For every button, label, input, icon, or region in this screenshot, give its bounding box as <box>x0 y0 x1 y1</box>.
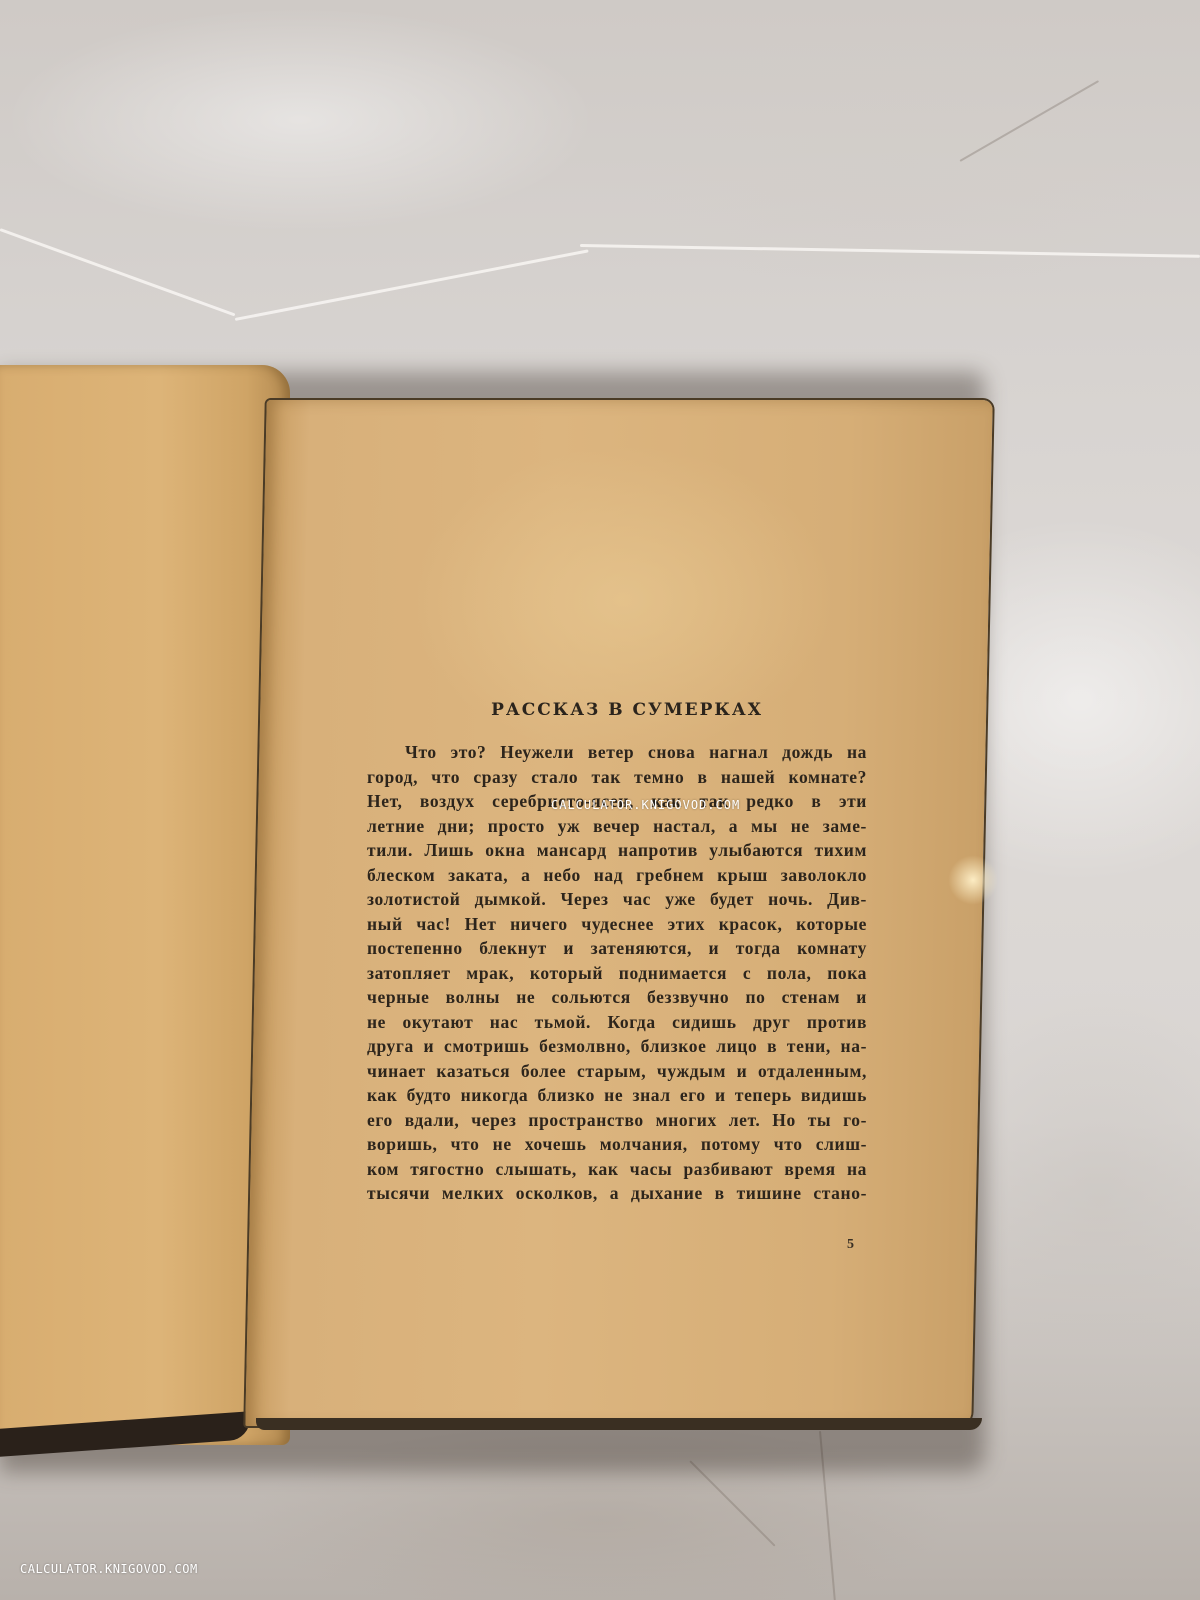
text-line: летние дни; просто уж вечер настал, а мы… <box>367 814 867 839</box>
page-number: 5 <box>847 1237 854 1253</box>
light-glare <box>948 855 998 905</box>
text-line: затопляет мрак, который поднимается с по… <box>367 961 867 986</box>
text-line: тысячи мелких осколков, а дыхание в тиши… <box>367 1181 867 1206</box>
text-line: его вдали, через пространство многих лет… <box>367 1108 867 1133</box>
text-line: ком тягостно слышать, как часы разбивают… <box>367 1157 867 1182</box>
text-line: тили. Лишь окна мансард напротив улыбают… <box>367 838 867 863</box>
page-bottom-edge <box>256 1418 982 1430</box>
text-line: постепенно блекнут и затеняются, и тогда… <box>367 936 867 961</box>
text-line: как будто никогда близко не знал его и т… <box>367 1083 867 1108</box>
text-line: не окутают нас тьмой. Когда сидишь друг … <box>367 1010 867 1035</box>
text-line: черные волны не сольются беззвучно по ст… <box>367 985 867 1010</box>
text-line: город, что сразу стало так темно в нашей… <box>367 765 867 790</box>
text-line: воришь, что не хочешь молчания, потому ч… <box>367 1132 867 1157</box>
text-line: блеском заката, а небо над гребнем крыш … <box>367 863 867 888</box>
page-text: РАССКАЗ В СУМЕРКАХ Что это? Неужели вете… <box>367 700 867 1206</box>
text-line: золотистой дымкой. Через час уже будет н… <box>367 887 867 912</box>
marble-vein <box>689 1460 775 1546</box>
text-line: ный час! Нет ничего чудеснее этих красок… <box>367 912 867 937</box>
story-title: РАССКАЗ В СУМЕРКАХ <box>387 700 867 720</box>
marble-vein <box>0 228 235 316</box>
marble-vein <box>235 249 589 321</box>
text-line: друга и смотришь безмолвно, близкое лицо… <box>367 1034 867 1059</box>
watermark-corner: CALCULATOR.KNIGOVOD.COM <box>20 1562 198 1576</box>
marble-vein <box>580 244 1200 258</box>
left-page <box>0 365 290 1445</box>
text-line: Что это? Неужели ветер снова нагнал дожд… <box>367 740 867 765</box>
marble-vein <box>960 80 1100 162</box>
watermark-inline: CALCULATOR.KNIGOVOD.COM <box>551 798 740 812</box>
text-line: чинает казаться более старым, чуждым и о… <box>367 1059 867 1084</box>
